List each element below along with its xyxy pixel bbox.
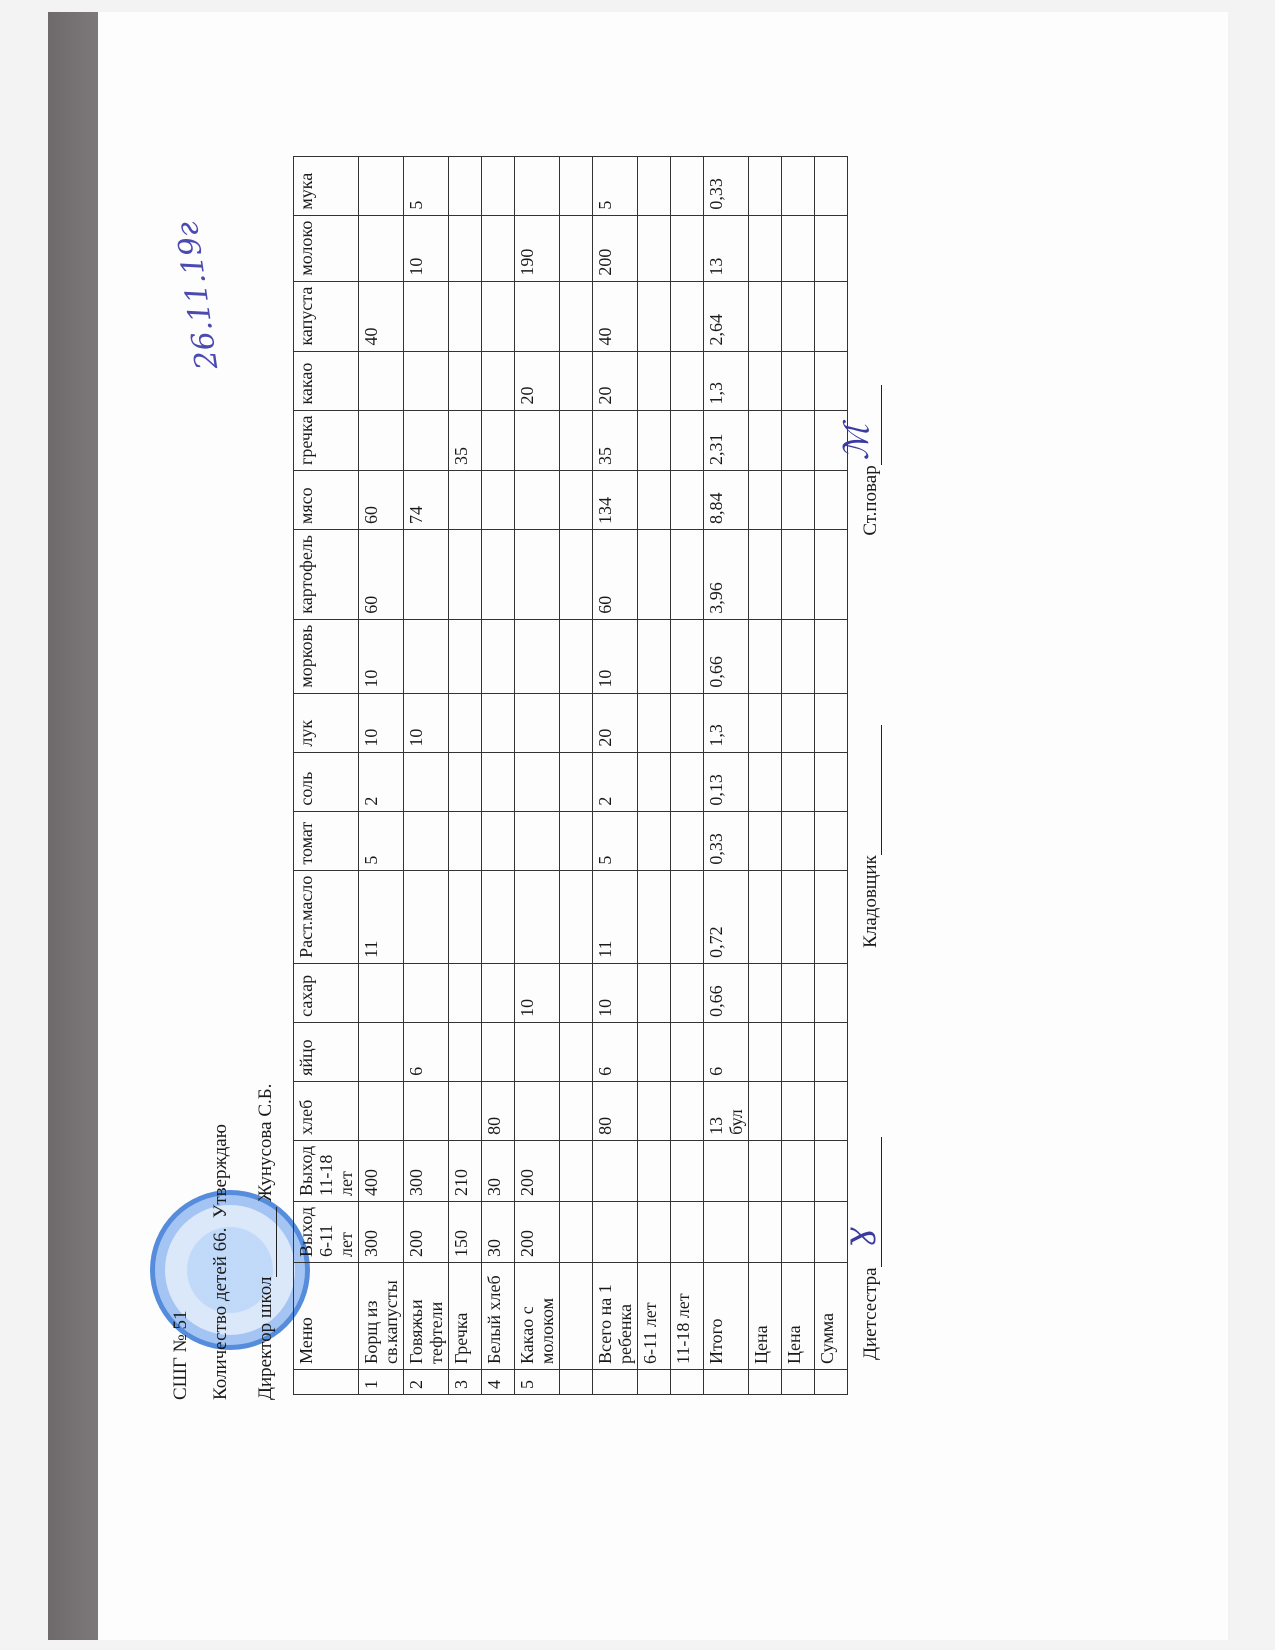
table-cell xyxy=(560,530,593,620)
table-cell xyxy=(782,281,815,351)
table-cell: 10 xyxy=(593,963,638,1022)
table-cell xyxy=(782,1140,815,1201)
table-cell xyxy=(815,811,848,870)
column-header: яйцо xyxy=(294,1022,359,1081)
table-cell: 5 xyxy=(359,811,404,870)
table-cell xyxy=(560,693,593,752)
table-cell: 3,96 xyxy=(704,530,749,620)
table-cell xyxy=(749,1370,782,1395)
table-cell xyxy=(704,1201,749,1262)
table-cell: 35 xyxy=(449,410,482,470)
director-line: Директор школ Жунусова С.Б. xyxy=(255,1084,277,1400)
table-cell xyxy=(815,215,848,281)
table-cell xyxy=(749,1022,782,1081)
school-title: СШГ № 51 xyxy=(170,1311,192,1400)
table-cell: Борщ из св.капусты xyxy=(359,1263,404,1370)
table-cell xyxy=(749,1140,782,1201)
column-header: какао xyxy=(294,351,359,410)
table-cell: 80 xyxy=(593,1081,638,1140)
table-cell xyxy=(482,410,515,470)
table-cell xyxy=(638,1201,671,1262)
table-cell xyxy=(815,530,848,620)
table-cell xyxy=(782,1081,815,1140)
table-row: 4Белый хлеб303080 xyxy=(482,156,515,1394)
table-cell xyxy=(404,530,449,620)
signature-row: Диетсестраɣ Кладовщик Ст.поварℳ xyxy=(860,385,882,1360)
table-cell xyxy=(671,351,704,410)
table-cell xyxy=(749,281,782,351)
table-cell: 40 xyxy=(593,281,638,351)
table-cell xyxy=(449,811,482,870)
table-cell: 300 xyxy=(359,1201,404,1262)
table-cell: Итого xyxy=(704,1263,749,1370)
table-cell: 13 бул xyxy=(704,1081,749,1140)
table-cell: 5 xyxy=(515,1370,560,1395)
table-cell xyxy=(638,1140,671,1201)
table-cell xyxy=(749,811,782,870)
table-cell: 0,66 xyxy=(704,619,749,693)
table-cell xyxy=(671,619,704,693)
table-cell xyxy=(560,1081,593,1140)
table-cell xyxy=(515,752,560,811)
table-cell xyxy=(449,351,482,410)
table-row: Цена xyxy=(782,156,815,1394)
table-cell xyxy=(638,156,671,215)
column-header: Выход 11-18 лет xyxy=(294,1140,359,1201)
table-cell xyxy=(515,1022,560,1081)
table-cell: Говяжьи тефтели xyxy=(404,1263,449,1370)
table-cell xyxy=(815,471,848,530)
table-row: Сумма xyxy=(815,156,848,1394)
table-cell xyxy=(560,410,593,470)
table-cell xyxy=(671,870,704,963)
table-cell xyxy=(449,752,482,811)
table-cell: 11-18 лет xyxy=(671,1263,704,1370)
table-cell xyxy=(449,530,482,620)
table-cell xyxy=(404,281,449,351)
table-cell xyxy=(359,1081,404,1140)
table-row: 11-18 лет xyxy=(671,156,704,1394)
table-cell: 30 xyxy=(482,1140,515,1201)
table-cell: 10 xyxy=(515,963,560,1022)
table-cell xyxy=(359,351,404,410)
table-cell xyxy=(782,410,815,470)
table-cell: 10 xyxy=(593,619,638,693)
table-cell xyxy=(449,215,482,281)
table-cell xyxy=(815,1081,848,1140)
table-cell: 5 xyxy=(593,811,638,870)
table-cell xyxy=(560,963,593,1022)
table-cell: 200 xyxy=(404,1201,449,1262)
table-cell xyxy=(749,215,782,281)
table-cell: 2 xyxy=(359,752,404,811)
table-cell xyxy=(515,870,560,963)
table-cell xyxy=(815,351,848,410)
column-header: молоко xyxy=(294,215,359,281)
table-cell: 8,84 xyxy=(704,471,749,530)
table-cell: 200 xyxy=(515,1201,560,1262)
table-cell: 2,31 xyxy=(704,410,749,470)
table-cell: 400 xyxy=(359,1140,404,1201)
table-cell xyxy=(704,1140,749,1201)
table-cell xyxy=(593,1140,638,1201)
column-header xyxy=(294,1370,359,1395)
table-cell: 10 xyxy=(359,693,404,752)
table-cell xyxy=(671,1140,704,1201)
table-cell xyxy=(404,410,449,470)
table-cell xyxy=(560,351,593,410)
storekeeper-label: Кладовщик xyxy=(860,855,882,948)
column-header: хлеб xyxy=(294,1081,359,1140)
children-count-line: Количество детей 66. Утверждаю xyxy=(210,1124,232,1400)
table-cell xyxy=(815,1022,848,1081)
table-cell xyxy=(404,1081,449,1140)
table-row: 6-11 лет xyxy=(638,156,671,1394)
table-cell: Цена xyxy=(782,1263,815,1370)
table-cell: 1 xyxy=(359,1370,404,1395)
table-cell xyxy=(671,215,704,281)
table-cell xyxy=(638,811,671,870)
table-cell: 10 xyxy=(404,215,449,281)
table-cell xyxy=(359,156,404,215)
table-cell: 5 xyxy=(404,156,449,215)
column-header: сахар xyxy=(294,963,359,1022)
director-label: Директор школ xyxy=(255,1277,276,1400)
table-cell: 80 xyxy=(482,1081,515,1140)
table-cell xyxy=(560,870,593,963)
table-cell: 1,3 xyxy=(704,693,749,752)
approve-label: Утверждаю xyxy=(210,1124,231,1218)
table-cell xyxy=(515,1081,560,1140)
table-cell xyxy=(671,410,704,470)
table-cell xyxy=(404,870,449,963)
table-cell xyxy=(359,410,404,470)
table-cell xyxy=(560,1370,593,1395)
table-cell xyxy=(782,693,815,752)
table-cell xyxy=(482,811,515,870)
table-cell xyxy=(404,351,449,410)
table-cell xyxy=(782,752,815,811)
table-cell: 200 xyxy=(593,215,638,281)
column-header: Меню xyxy=(294,1263,359,1370)
table-cell: Сумма xyxy=(815,1263,848,1370)
table-row: Цена xyxy=(749,156,782,1394)
table-cell xyxy=(749,693,782,752)
table-cell xyxy=(482,471,515,530)
chef-signature: ℳ xyxy=(863,385,882,465)
table-cell xyxy=(815,281,848,351)
table-cell: Цена xyxy=(749,1263,782,1370)
table-cell xyxy=(638,752,671,811)
table-cell: 20 xyxy=(593,693,638,752)
table-cell: 40 xyxy=(359,281,404,351)
table-cell xyxy=(638,693,671,752)
table-cell: 0,33 xyxy=(704,156,749,215)
column-header: картофель xyxy=(294,530,359,620)
table-row: Всего на 1 ребенка8061011522010601343520… xyxy=(593,156,638,1394)
table-cell: 6 xyxy=(404,1022,449,1081)
table-row: 1Борщ из св.капусты30040011521010606040 xyxy=(359,156,404,1394)
table-cell xyxy=(515,471,560,530)
table-cell: 0,66 xyxy=(704,963,749,1022)
table-cell xyxy=(482,215,515,281)
table-cell: 150 xyxy=(449,1201,482,1262)
table-cell xyxy=(749,752,782,811)
column-header: морковь xyxy=(294,619,359,693)
column-header: мука xyxy=(294,156,359,215)
table-cell xyxy=(782,1022,815,1081)
table-cell: 4 xyxy=(482,1370,515,1395)
table-cell xyxy=(782,1201,815,1262)
table-cell xyxy=(449,1081,482,1140)
table-cell: 6 xyxy=(593,1022,638,1081)
table-cell xyxy=(671,752,704,811)
table-cell xyxy=(638,963,671,1022)
column-header: Выход 6-11 лет xyxy=(294,1201,359,1262)
table-cell xyxy=(815,752,848,811)
table-cell: 60 xyxy=(359,471,404,530)
table-cell xyxy=(815,870,848,963)
director-name: Жунусова С.Б. xyxy=(255,1084,276,1202)
table-cell xyxy=(671,471,704,530)
table-cell: 3 xyxy=(449,1370,482,1395)
table-cell xyxy=(449,619,482,693)
table-cell xyxy=(449,471,482,530)
table-cell xyxy=(782,1370,815,1395)
table-row: 2Говяжьи тефтели20030061074105 xyxy=(404,156,449,1394)
table-cell xyxy=(482,156,515,215)
table-cell xyxy=(482,530,515,620)
table-cell: 6 xyxy=(704,1022,749,1081)
table-cell: Всего на 1 ребенка xyxy=(593,1263,638,1370)
table-cell xyxy=(560,1022,593,1081)
table-cell: 200 xyxy=(515,1140,560,1201)
table-cell xyxy=(782,963,815,1022)
table-cell xyxy=(593,1201,638,1262)
table-cell xyxy=(815,619,848,693)
table-cell xyxy=(482,870,515,963)
table-row xyxy=(560,156,593,1394)
table-cell xyxy=(782,156,815,215)
table-cell xyxy=(638,530,671,620)
table-cell xyxy=(560,1263,593,1370)
table-cell xyxy=(782,811,815,870)
column-header: капуста xyxy=(294,281,359,351)
dietitian-signature: ɣ xyxy=(863,1137,882,1267)
table-cell xyxy=(749,870,782,963)
table-cell: 35 xyxy=(593,410,638,470)
table-cell xyxy=(515,619,560,693)
table-cell: 74 xyxy=(404,471,449,530)
table-cell: 0,72 xyxy=(704,870,749,963)
column-header: соль xyxy=(294,752,359,811)
table-cell: 13 xyxy=(704,215,749,281)
table-cell xyxy=(482,752,515,811)
table-cell xyxy=(815,156,848,215)
table-cell: 0,33 xyxy=(704,811,749,870)
table-cell: 1,3 xyxy=(704,351,749,410)
table-cell xyxy=(749,619,782,693)
table-cell xyxy=(515,811,560,870)
table-cell xyxy=(749,530,782,620)
table-cell: 300 xyxy=(404,1140,449,1201)
table-cell: Какао с молоком xyxy=(515,1263,560,1370)
table-cell xyxy=(359,1022,404,1081)
table-cell: 6-11 лет xyxy=(638,1263,671,1370)
table-cell: 5 xyxy=(593,156,638,215)
table-cell xyxy=(482,963,515,1022)
table-cell xyxy=(671,1370,704,1395)
table-row: Итого13 бул60,660,720,330,131,30,663,968… xyxy=(704,156,749,1394)
chef-label: Ст.повар xyxy=(860,465,882,535)
table-cell xyxy=(671,963,704,1022)
director-signature-line xyxy=(258,1207,277,1277)
table-cell xyxy=(359,963,404,1022)
table-cell xyxy=(482,281,515,351)
table-cell xyxy=(749,1081,782,1140)
table-cell xyxy=(638,1022,671,1081)
table-cell xyxy=(815,1370,848,1395)
table-cell: 2 xyxy=(404,1370,449,1395)
table-cell xyxy=(782,530,815,620)
table-cell xyxy=(482,351,515,410)
table-cell xyxy=(815,963,848,1022)
table-cell: 20 xyxy=(515,351,560,410)
table-cell xyxy=(749,410,782,470)
table-cell xyxy=(449,281,482,351)
column-header: томат xyxy=(294,811,359,870)
table-cell xyxy=(593,1370,638,1395)
table-row: 3Гречка15021035 xyxy=(449,156,482,1394)
handwritten-date: 26.11.19г xyxy=(170,220,225,372)
table-cell: 60 xyxy=(359,530,404,620)
table-cell: 2,64 xyxy=(704,281,749,351)
table-cell xyxy=(638,410,671,470)
table-cell: 10 xyxy=(359,619,404,693)
table-cell xyxy=(404,619,449,693)
table-cell xyxy=(449,693,482,752)
table-cell xyxy=(749,1201,782,1262)
table-cell xyxy=(671,811,704,870)
table-cell: 60 xyxy=(593,530,638,620)
table-cell xyxy=(638,471,671,530)
table-cell xyxy=(638,1081,671,1140)
table-cell xyxy=(782,471,815,530)
table-cell xyxy=(515,156,560,215)
table-cell: 10 xyxy=(404,693,449,752)
table-cell xyxy=(704,1370,749,1395)
table-cell xyxy=(515,281,560,351)
table-cell xyxy=(671,156,704,215)
column-header: Раст.масло xyxy=(294,870,359,963)
table-cell xyxy=(560,619,593,693)
table-cell xyxy=(449,1022,482,1081)
table-cell xyxy=(671,1201,704,1262)
scan-edge-strip xyxy=(48,12,98,1640)
table-cell xyxy=(638,1370,671,1395)
table-cell xyxy=(404,963,449,1022)
table-cell xyxy=(638,281,671,351)
table-cell xyxy=(449,963,482,1022)
table-cell xyxy=(671,1081,704,1140)
table-cell xyxy=(671,1022,704,1081)
menu-table: МенюВыход 6-11 летВыход 11-18 летхлебяйц… xyxy=(293,156,848,1395)
children-count-label: Количество детей xyxy=(210,1256,231,1400)
column-header: гречка xyxy=(294,410,359,470)
table-cell: 0,13 xyxy=(704,752,749,811)
table-cell xyxy=(404,811,449,870)
table-cell xyxy=(749,471,782,530)
table-cell xyxy=(560,1140,593,1201)
table-cell xyxy=(560,1201,593,1262)
table-cell xyxy=(782,351,815,410)
table-cell xyxy=(638,351,671,410)
table-cell xyxy=(515,410,560,470)
table-cell xyxy=(638,619,671,693)
table-cell xyxy=(560,156,593,215)
table-cell: 11 xyxy=(359,870,404,963)
table-cell: Гречка xyxy=(449,1263,482,1370)
table-cell: 11 xyxy=(593,870,638,963)
table-cell xyxy=(515,530,560,620)
dietitian-label: Диетсестра xyxy=(860,1267,882,1360)
table-cell: 210 xyxy=(449,1140,482,1201)
table-cell: 20 xyxy=(593,351,638,410)
table-cell: Белый хлеб xyxy=(482,1263,515,1370)
table-cell xyxy=(782,619,815,693)
table-row: 5Какао с молоком2002001020190 xyxy=(515,156,560,1394)
table-cell: 190 xyxy=(515,215,560,281)
table-cell xyxy=(749,351,782,410)
table-cell xyxy=(449,156,482,215)
table-cell xyxy=(515,693,560,752)
table-cell: 2 xyxy=(593,752,638,811)
table-cell: 30 xyxy=(482,1201,515,1262)
table-cell xyxy=(482,693,515,752)
table-cell xyxy=(560,215,593,281)
table-cell xyxy=(638,215,671,281)
children-count: 66 xyxy=(210,1232,231,1251)
rotated-page: СШГ № 51 Количество детей 66. Утверждаю … xyxy=(160,120,960,1420)
table-cell xyxy=(482,619,515,693)
table-cell xyxy=(560,752,593,811)
table-cell xyxy=(404,752,449,811)
table-cell xyxy=(560,471,593,530)
table-cell xyxy=(749,963,782,1022)
table-cell xyxy=(782,870,815,963)
table-cell xyxy=(815,1140,848,1201)
table-cell xyxy=(749,156,782,215)
column-header: мясо xyxy=(294,471,359,530)
header-row: МенюВыход 6-11 летВыход 11-18 летхлебяйц… xyxy=(294,156,359,1394)
column-header: лук xyxy=(294,693,359,752)
table-cell xyxy=(638,870,671,963)
table-cell xyxy=(560,281,593,351)
table-cell xyxy=(671,530,704,620)
table-cell xyxy=(482,1022,515,1081)
table-cell xyxy=(560,811,593,870)
table-cell xyxy=(671,693,704,752)
table-cell: 134 xyxy=(593,471,638,530)
table-cell xyxy=(359,215,404,281)
table-cell xyxy=(815,693,848,752)
table-cell xyxy=(671,281,704,351)
table-cell xyxy=(449,870,482,963)
table-cell xyxy=(782,215,815,281)
storekeeper-signature xyxy=(863,725,882,855)
